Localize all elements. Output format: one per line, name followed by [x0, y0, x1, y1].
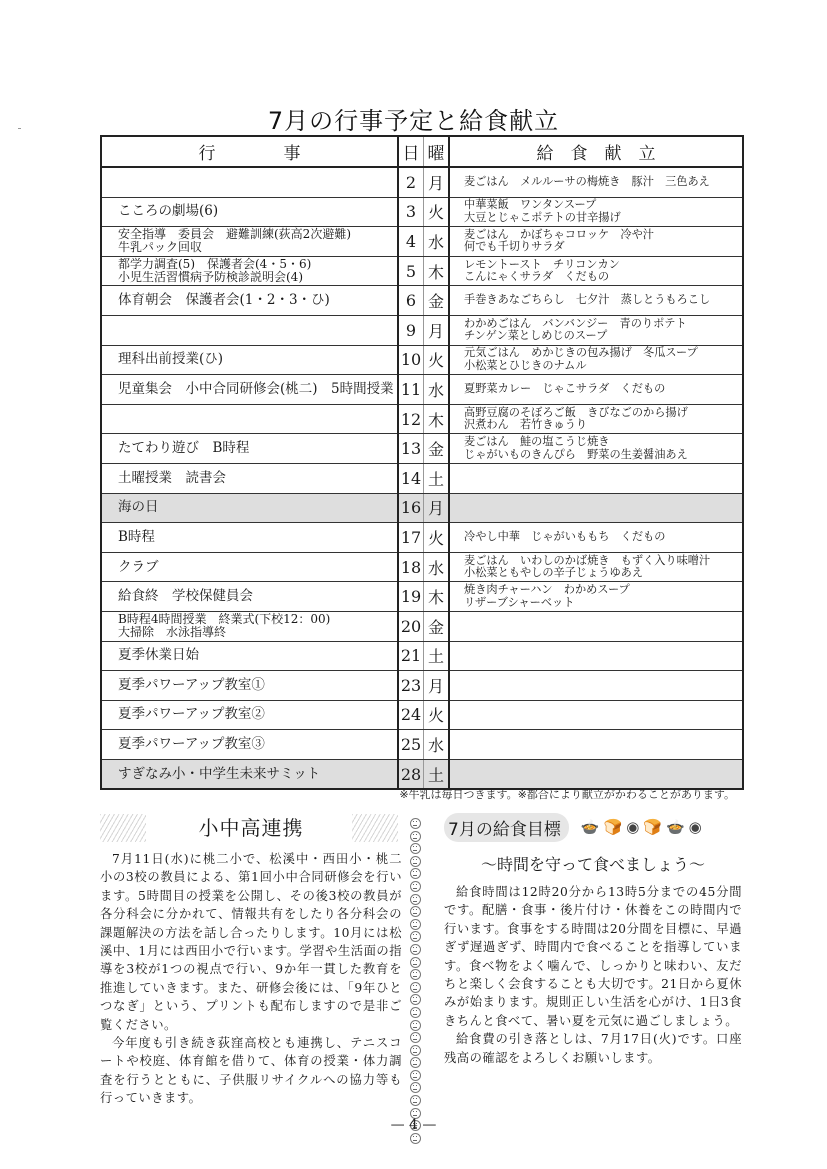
- cell-menu: [449, 611, 743, 641]
- cell-event-line: 体育朝会 保護者会(1・2・3・ひ): [118, 293, 397, 308]
- cell-event: [101, 167, 398, 197]
- cell-event: B時程4時間授業 終業式(下校12：00)大掃除 水泳指導終: [101, 611, 398, 641]
- cell-event: [101, 315, 398, 345]
- cell-weekday: 水: [424, 730, 450, 760]
- cell-event-line: 小児生活習慣病予防検診説明会(4): [118, 271, 397, 284]
- cell-day: 11: [398, 375, 424, 405]
- cell-menu: [449, 493, 743, 523]
- cell-menu: [449, 671, 743, 701]
- cell-menu: [449, 730, 743, 760]
- cell-event: こころの劇場(6): [101, 197, 398, 227]
- cell-menu: 焼き肉チャーハン わかめスープリザーブシャーベット: [449, 582, 743, 612]
- cell-menu-line: 麦ごはん メルルーサの梅焼き 豚汁 三色あえ: [464, 176, 742, 189]
- cell-event: 都学力調査(5) 保護者会(4・5・6)小児生活習慣病予防検診説明会(4): [101, 256, 398, 286]
- cell-weekday: 土: [424, 463, 450, 493]
- table-row: たてわり遊び B時程13金麦ごはん 鮭の塩こうじ焼きじゃがいものきんぴら 野菜の…: [101, 434, 743, 464]
- cell-day: 25: [398, 730, 424, 760]
- cell-weekday: 木: [424, 404, 450, 434]
- table-row: 夏季パワーアップ教室②24火: [101, 700, 743, 730]
- cell-event: 児童集会 小中合同研修会(桃二) 5時間授業: [101, 375, 398, 405]
- cell-event: [101, 404, 398, 434]
- cell-menu: [449, 759, 743, 789]
- cell-day: 10: [398, 345, 424, 375]
- cell-menu: [449, 700, 743, 730]
- cell-event-line: 理科出前授業(ひ): [118, 352, 397, 367]
- smiley-icon: [410, 1070, 421, 1081]
- table-row: 体育朝会 保護者会(1・2・3・ひ)6金手巻きあなごちらし 七夕汁 蒸しとうもろ…: [101, 286, 743, 316]
- table-row: 理科出前授業(ひ)10火元気ごはん めかじきの包み揚げ 冬瓜スープ小松菜とひじき…: [101, 345, 743, 375]
- table-row: 児童集会 小中合同研修会(桃二) 5時間授業11水夏野菜カレー じゃこサラダ く…: [101, 375, 743, 405]
- section-lunch-goal: 7月の給食目標 🍲 🍞 ◉ 🍞 🍲 ◉ ～時間を守って食べましょう～ 給食時間は…: [444, 812, 742, 1067]
- cell-weekday: 月: [424, 671, 450, 701]
- table-row: B時程17火冷やし中華 じゃがいももち くだもの: [101, 523, 743, 553]
- cell-event: クラブ: [101, 552, 398, 582]
- smiley-icon: [410, 818, 421, 829]
- cell-menu: [449, 641, 743, 671]
- cell-day: 6: [398, 286, 424, 316]
- cell-weekday: 月: [424, 167, 450, 197]
- cell-day: 17: [398, 523, 424, 553]
- cell-event-line: 夏季パワーアップ教室①: [118, 678, 397, 693]
- table-row: クラブ18水麦ごはん いわしのかば焼き もずく入り味噌汁小松菜ともやしの辛子じょ…: [101, 552, 743, 582]
- smiley-icon: [410, 1057, 421, 1068]
- cell-day: 19: [398, 582, 424, 612]
- page-title: 7月の行事予定と給食献立: [0, 101, 827, 136]
- paragraph: 給食時間は12時20分から13時5分までの45分間です。配膳・食事・後片付け・休…: [444, 883, 742, 1030]
- table-row: 土曜授業 読書会14土: [101, 463, 743, 493]
- smiley-divider: [410, 818, 422, 1145]
- smiley-icon: [410, 906, 421, 917]
- header-event: 行 事: [101, 136, 398, 167]
- cell-event-line: 給食終 学校保健員会: [118, 589, 397, 604]
- bread-icon: 🍞: [604, 818, 623, 836]
- cell-event: すぎなみ小・中学生未来サミット: [101, 759, 398, 789]
- cell-event-line: 大掃除 水泳指導終: [118, 626, 397, 639]
- table-row: 9月わかめごはん バンバンジー 青のりポテトチンゲン菜としめじのスープ: [101, 315, 743, 345]
- cell-weekday: 火: [424, 345, 450, 375]
- cell-weekday: 土: [424, 759, 450, 789]
- cell-event-line: 夏季休業日始: [118, 648, 397, 663]
- cell-weekday: 金: [424, 434, 450, 464]
- header-day: 日: [398, 136, 424, 167]
- cell-weekday: 土: [424, 641, 450, 671]
- cell-event-line: B時程: [118, 530, 397, 545]
- rice-bowl-icon: 🍲: [666, 818, 685, 836]
- cell-menu-line: 夏野菜カレー じゃこサラダ くだもの: [464, 383, 742, 396]
- smiley-icon: [410, 868, 421, 879]
- cell-event-line: 児童集会 小中合同研修会(桃二) 5時間授業: [118, 382, 397, 397]
- section-heading: 小中高連携: [100, 812, 402, 844]
- cell-event: 夏季パワーアップ教室①: [101, 671, 398, 701]
- fried-egg-icon: ◉: [626, 818, 639, 836]
- smiley-icon: [410, 881, 421, 892]
- table-row: 夏季休業日始21土: [101, 641, 743, 671]
- cell-event-line: 牛乳パック回収: [118, 241, 397, 254]
- cell-event-line: 土曜授業 読書会: [118, 471, 397, 486]
- cell-day: 24: [398, 700, 424, 730]
- cell-day: 3: [398, 197, 424, 227]
- cell-day: 20: [398, 611, 424, 641]
- cell-event-line: クラブ: [118, 560, 397, 575]
- table-row: すぎなみ小・中学生未来サミット28土: [101, 759, 743, 789]
- cell-menu: 中華菜飯 ワンタンスープ大豆とじゃこポテトの甘辛揚げ: [449, 197, 743, 227]
- cell-weekday: 金: [424, 611, 450, 641]
- cell-menu-line: 小松菜とひじきのナムル: [464, 360, 742, 373]
- goal-heading: 7月の給食目標 🍲 🍞 ◉ 🍞 🍲 ◉: [444, 812, 742, 842]
- cell-event: 夏季パワーアップ教室③: [101, 730, 398, 760]
- cell-day: 2: [398, 167, 424, 197]
- cell-weekday: 水: [424, 375, 450, 405]
- cell-weekday: 月: [424, 315, 450, 345]
- rice-bowl-icon: 🍲: [581, 818, 600, 836]
- cell-weekday: 火: [424, 700, 450, 730]
- cell-menu: 高野豆腐のそぼろご飯 きびなごのから揚げ沢煮わん 若竹きゅうり: [449, 404, 743, 434]
- paragraph: 今年度も引き続き荻窪高校とも連携し、テニスコートや校庭、体育館を借りて、体育の授…: [100, 1034, 402, 1108]
- cell-event-line: すぎなみ小・中学生未来サミット: [118, 767, 397, 782]
- table-row: こころの劇場(6)3火中華菜飯 ワンタンスープ大豆とじゃこポテトの甘辛揚げ: [101, 197, 743, 227]
- smiley-icon: [410, 1133, 421, 1144]
- goal-title: 7月の給食目標: [444, 813, 569, 842]
- cell-menu-line: 大豆とじゃこポテトの甘辛揚げ: [464, 212, 742, 225]
- cell-day: 16: [398, 493, 424, 523]
- smiley-icon: [410, 1032, 421, 1043]
- header-weekday: 曜: [424, 136, 450, 167]
- cell-weekday: 木: [424, 256, 450, 286]
- cell-event-line: 海の日: [118, 500, 397, 515]
- cell-weekday: 火: [424, 197, 450, 227]
- table-row: B時程4時間授業 終業式(下校12：00)大掃除 水泳指導終20金: [101, 611, 743, 641]
- cell-day: 9: [398, 315, 424, 345]
- table-header-row: 行 事 日 曜 給 食 献 立: [101, 136, 743, 167]
- cell-menu-line: リザーブシャーベット: [464, 597, 742, 610]
- cell-menu: 麦ごはん かぼちゃコロッケ 冷や汁何でも千切りサラダ: [449, 227, 743, 257]
- cell-event: 体育朝会 保護者会(1・2・3・ひ): [101, 286, 398, 316]
- smiley-icon: [410, 856, 421, 867]
- cell-day: 12: [398, 404, 424, 434]
- cell-day: 5: [398, 256, 424, 286]
- cell-day: 28: [398, 759, 424, 789]
- cell-weekday: 水: [424, 552, 450, 582]
- cell-menu: 元気ごはん めかじきの包み揚げ 冬瓜スープ小松菜とひじきのナムル: [449, 345, 743, 375]
- cell-event: 夏季パワーアップ教室②: [101, 700, 398, 730]
- fried-egg-icon: ◉: [689, 818, 702, 836]
- cell-menu: 麦ごはん 鮭の塩こうじ焼きじゃがいものきんぴら 野菜の生姜醤油あえ: [449, 434, 743, 464]
- cell-menu: レモントースト チリコンカンこんにゃくサラダ くだもの: [449, 256, 743, 286]
- smiley-icon: [410, 1082, 421, 1093]
- cell-day: 21: [398, 641, 424, 671]
- cell-menu-line: 沢煮わん 若竹きゅうり: [464, 419, 742, 432]
- cell-menu: わかめごはん バンバンジー 青のりポテトチンゲン菜としめじのスープ: [449, 315, 743, 345]
- paragraph: 給食費の引き落としは、7月17日(火)です。口座残高の確認をよろしくお願いします…: [444, 1030, 742, 1067]
- cell-menu: [449, 463, 743, 493]
- cell-day: 23: [398, 671, 424, 701]
- smiley-icon: [410, 843, 421, 854]
- schedule-table: 行 事 日 曜 給 食 献 立 2月麦ごはん メルルーサの梅焼き 豚汁 三色あえ…: [100, 135, 744, 790]
- cell-menu-line: 冷やし中華 じゃがいももち くだもの: [464, 531, 742, 544]
- table-row: 2月麦ごはん メルルーサの梅焼き 豚汁 三色あえ: [101, 167, 743, 197]
- cell-menu-line: チンゲン菜としめじのスープ: [464, 330, 742, 343]
- cell-weekday: 木: [424, 582, 450, 612]
- table-row: 夏季パワーアップ教室③25水: [101, 730, 743, 760]
- section-school-collaboration: 小中高連携 7月11日(水)に桃二小で、松溪中・西田小・桃二小の3校の教員による…: [100, 812, 402, 1108]
- cell-day: 18: [398, 552, 424, 582]
- cell-event-line: こころの劇場(6): [118, 204, 397, 219]
- cell-day: 13: [398, 434, 424, 464]
- cell-menu: 麦ごはん いわしのかば焼き もずく入り味噌汁小松菜ともやしの辛子じょうゆあえ: [449, 552, 743, 582]
- cell-menu-line: 小松菜ともやしの辛子じょうゆあえ: [464, 567, 742, 580]
- cell-weekday: 火: [424, 523, 450, 553]
- cell-event: 安全指導 委員会 避難訓練(荻高2次避難)牛乳パック回収: [101, 227, 398, 257]
- cell-menu-line: こんにゃくサラダ くだもの: [464, 271, 742, 284]
- bread-icon: 🍞: [643, 818, 662, 836]
- smiley-icon: [410, 944, 421, 955]
- cell-menu: 手巻きあなごちらし 七夕汁 蒸しとうもろこし: [449, 286, 743, 316]
- food-icons: 🍲 🍞 ◉ 🍞 🍲 ◉: [581, 818, 702, 836]
- smiley-icon: [410, 894, 421, 905]
- smiley-icon: [410, 994, 421, 1005]
- cell-event: 給食終 学校保健員会: [101, 582, 398, 612]
- cell-menu: 夏野菜カレー じゃこサラダ くだもの: [449, 375, 743, 405]
- cell-weekday: 水: [424, 227, 450, 257]
- cell-menu-line: 焼き肉チャーハン わかめスープ: [464, 584, 742, 597]
- cell-event: 夏季休業日始: [101, 641, 398, 671]
- cell-menu: 冷やし中華 じゃがいももち くだもの: [449, 523, 743, 553]
- cell-event: たてわり遊び B時程: [101, 434, 398, 464]
- cell-menu-line: 手巻きあなごちらし 七夕汁 蒸しとうもろこし: [464, 294, 742, 307]
- table-row: 給食終 学校保健員会19木焼き肉チャーハン わかめスープリザーブシャーベット: [101, 582, 743, 612]
- smiley-icon: [410, 982, 421, 993]
- cell-day: 4: [398, 227, 424, 257]
- cell-menu-line: 麦ごはん 鮭の塩こうじ焼き: [464, 436, 742, 449]
- cell-event-line: 夏季パワーアップ教室②: [118, 707, 397, 722]
- smiley-icon: [410, 1095, 421, 1106]
- cell-menu-line: 何でも千切りサラダ: [464, 241, 742, 254]
- smiley-icon: [410, 1020, 421, 1031]
- cell-menu-line: 元気ごはん めかじきの包み揚げ 冬瓜スープ: [464, 347, 742, 360]
- table-footnote: ※牛乳は毎日つきます。※都合により献立がかわることがあります。: [399, 786, 735, 802]
- cell-event: B時程: [101, 523, 398, 553]
- table-row: 夏季パワーアップ教室①23月: [101, 671, 743, 701]
- cell-weekday: 金: [424, 286, 450, 316]
- page-number: — 4 —: [0, 1117, 827, 1133]
- hatch-decoration-right: [352, 814, 398, 842]
- table-row: 都学力調査(5) 保護者会(4・5・6)小児生活習慣病予防検診説明会(4)5木レ…: [101, 256, 743, 286]
- cell-event: 土曜授業 読書会: [101, 463, 398, 493]
- cell-weekday: 月: [424, 493, 450, 523]
- table-row: 安全指導 委員会 避難訓練(荻高2次避難)牛乳パック回収4水麦ごはん かぼちゃコ…: [101, 227, 743, 257]
- cell-event: 理科出前授業(ひ): [101, 345, 398, 375]
- paragraph: 7月11日(水)に桃二小で、松溪中・西田小・桃二小の3校の教員による、第1回小中…: [100, 850, 402, 1034]
- cell-event-line: たてわり遊び B時程: [118, 441, 397, 456]
- table-row: 12木高野豆腐のそぼろご飯 きびなごのから揚げ沢煮わん 若竹きゅうり: [101, 404, 743, 434]
- smiley-icon: [410, 831, 421, 842]
- header-menu: 給 食 献 立: [449, 136, 743, 167]
- smiley-icon: [410, 957, 421, 968]
- cell-menu-line: じゃがいものきんぴら 野菜の生姜醤油あえ: [464, 449, 742, 462]
- smiley-icon: [410, 919, 421, 930]
- smiley-icon: [410, 969, 421, 980]
- table-row: 海の日16月: [101, 493, 743, 523]
- cell-event: 海の日: [101, 493, 398, 523]
- goal-subtitle: ～時間を守って食べましょう～: [444, 852, 742, 875]
- cell-event-line: 夏季パワーアップ教室③: [118, 737, 397, 752]
- smiley-icon: [410, 1045, 421, 1056]
- smiley-icon: [410, 1007, 421, 1018]
- smiley-icon: [410, 931, 421, 942]
- cell-day: 14: [398, 463, 424, 493]
- cell-menu: 麦ごはん メルルーサの梅焼き 豚汁 三色あえ: [449, 167, 743, 197]
